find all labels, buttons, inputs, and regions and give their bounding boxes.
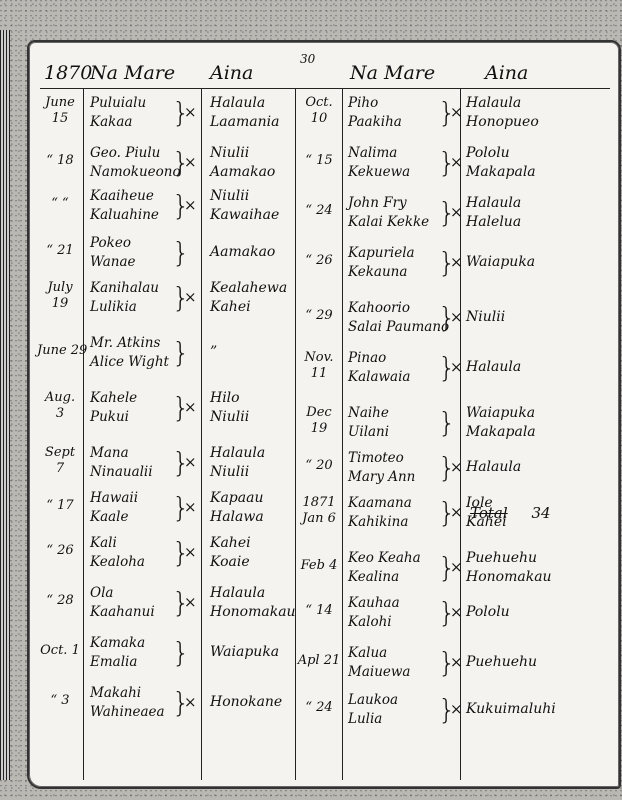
left-entry-place: Niulii (210, 188, 249, 204)
left-entry-mark: × (184, 498, 197, 516)
left-entry-date: “ 18 (37, 153, 83, 169)
header-left-place: Aina (210, 62, 253, 84)
left-entry-place: ” (210, 344, 217, 360)
right-entry-place: Halaula (466, 359, 521, 375)
left-entry-place: Koaie (210, 554, 250, 570)
left-entry-date: June (37, 95, 83, 111)
right-entry-place: Niulii (466, 309, 505, 325)
right-entry-date: Dec (296, 405, 342, 421)
right-entry-date: 10 (296, 111, 342, 127)
year-heading: 1870 (44, 62, 92, 84)
right-entry-name: Kekuewa (348, 164, 410, 180)
left-entry-date: Sept (37, 445, 83, 461)
left-entry-name: Kanihalau (90, 280, 159, 296)
left-entry-place: Kahei (210, 535, 251, 551)
left-entry-date: “ 28 (37, 593, 83, 609)
left-entry-name: Kealoha (90, 554, 145, 570)
right-entry-name: Pinao (348, 350, 386, 366)
left-entry-mark: × (184, 103, 197, 121)
left-entry-date: “ 21 (37, 243, 83, 259)
right-entry-name: John Fry (348, 195, 407, 211)
right-entry-date: 11 (296, 366, 342, 382)
right-entry-place: Honomakau (466, 569, 552, 585)
right-entry-name: Salai Paumano (348, 319, 449, 335)
left-entry-name: Pukui (90, 409, 129, 425)
right-entry-place: Honopueo (466, 114, 539, 130)
right-entry-mark: × (450, 603, 463, 621)
right-entry-place: Kukuimaluhi (466, 701, 556, 717)
left-entry-date: 15 (37, 111, 83, 127)
right-entry-name: Kealina (348, 569, 399, 585)
left-entry-date: “ 17 (37, 498, 83, 514)
right-entry-date: “ 26 (296, 253, 342, 269)
right-entry-mark: × (450, 253, 463, 271)
brace-icon: } (438, 409, 456, 437)
left-entry-date: Aug. (37, 390, 83, 406)
left-entry-name: Kali (90, 535, 117, 551)
right-entry-mark: × (450, 558, 463, 576)
right-entry-name: Kalua (348, 645, 387, 661)
header-right-names: Na Mare (350, 62, 435, 84)
right-entry-name: Kalawaia (348, 369, 410, 385)
left-entry-name: Pokeo (90, 235, 131, 251)
right-entry-name: Kekauna (348, 264, 407, 280)
left-entry-place: Kealahewa (210, 280, 287, 296)
right-entry-place: Halaula (466, 195, 521, 211)
right-entry-place: Pololu (466, 604, 510, 620)
right-entry-name: Paakiha (348, 114, 402, 130)
left-entry-name: Hawaii (90, 490, 138, 506)
left-entry-name: Kaluahine (90, 207, 159, 223)
right-entry-mark: × (450, 503, 463, 521)
right-entry-date: “ 14 (296, 603, 342, 619)
left-entry-name: Wanae (90, 254, 135, 270)
left-entry-name: Kaale (90, 509, 129, 525)
right-entry-date: 1871 (296, 495, 342, 511)
left-entry-place: Kahei (210, 299, 251, 315)
left-entry-name: Puluialu (90, 95, 146, 111)
right-entry-place: Makapala (466, 164, 536, 180)
right-entry-name: Timoteo (348, 450, 404, 466)
left-entry-mark: × (184, 693, 197, 711)
right-entry-place: Waiapuka (466, 405, 535, 421)
left-entry-mark: × (184, 288, 197, 306)
right-entry-date: “ 15 (296, 153, 342, 169)
left-entry-place: Niulii (210, 409, 249, 425)
right-entry-mark: × (450, 308, 463, 326)
left-entry-place: Halaula (210, 95, 265, 111)
left-entry-date: “ 26 (37, 543, 83, 559)
left-entry-place: Halawa (210, 509, 264, 525)
right-entry-name: Kahoorio (348, 300, 410, 316)
left-entry-place: Niulii (210, 464, 249, 480)
book-binding (0, 30, 10, 780)
right-entry-date: Oct. (296, 95, 342, 111)
left-entry-mark: × (184, 543, 197, 561)
left-entry-place: Halaula (210, 585, 265, 601)
left-entry-name: Kakaa (90, 114, 132, 130)
right-entry-date: “ 24 (296, 203, 342, 219)
left-entry-date: June 29 (37, 343, 83, 359)
right-entry-date: “ 29 (296, 308, 342, 324)
right-entry-mark: × (450, 458, 463, 476)
right-entry-name: Maiuewa (348, 664, 410, 680)
right-entry-name: Piho (348, 95, 378, 111)
right-entry-name: Kaamana (348, 495, 412, 511)
left-entry-mark: × (184, 153, 197, 171)
left-entry-place: Niulii (210, 145, 249, 161)
right-entry-name: Nalima (348, 145, 397, 161)
right-entry-mark: × (450, 103, 463, 121)
column-rule (201, 88, 202, 780)
left-entry-name: Makahi (90, 685, 141, 701)
right-entry-name: Mary Ann (348, 469, 415, 485)
header-rule (40, 88, 610, 89)
right-entry-place: Puehuehu (466, 550, 537, 566)
total-value: 34 (531, 504, 550, 522)
right-entry-date: Feb 4 (296, 558, 342, 574)
left-entry-name: Kaahanui (90, 604, 155, 620)
column-rule (342, 88, 343, 780)
left-entry-place: Kawaihae (210, 207, 279, 223)
right-entry-date: “ 20 (296, 458, 342, 474)
right-entry-name: Kalai Kekke (348, 214, 429, 230)
right-entry-name: Kapuriela (348, 245, 415, 261)
column-rule (460, 88, 461, 780)
left-entry-name: Lulikia (90, 299, 137, 315)
right-entry-name: Keo Keaha (348, 550, 421, 566)
total-count: Total 34 (470, 505, 551, 521)
right-entry-place: Halaula (466, 459, 521, 475)
right-entry-place: Halaula (466, 95, 521, 111)
left-entry-date: 7 (37, 461, 83, 477)
left-entry-place: Hilo (210, 390, 240, 406)
brace-icon: } (172, 339, 190, 367)
right-entry-date: Nov. (296, 350, 342, 366)
brace-icon: } (172, 639, 190, 667)
left-entry-date: “ “ (37, 196, 83, 212)
right-entry-name: Kahikina (348, 514, 408, 530)
right-entry-mark: × (450, 153, 463, 171)
right-entry-date: “ 24 (296, 700, 342, 716)
header-right-place: Aina (485, 62, 528, 84)
right-entry-mark: × (450, 203, 463, 221)
left-entry-place: Kapaau (210, 490, 263, 506)
page-number: 30 (300, 52, 315, 66)
right-entry-mark: × (450, 653, 463, 671)
left-entry-mark: × (184, 196, 197, 214)
left-entry-mark: × (184, 398, 197, 416)
right-entry-place: Makapala (466, 424, 536, 440)
right-entry-mark: × (450, 358, 463, 376)
left-entry-place: Honomakau (210, 604, 296, 620)
header-left-names: Na Mare (90, 62, 175, 84)
left-entry-name: Mana (90, 445, 129, 461)
right-entry-name: Uilani (348, 424, 389, 440)
right-entry-name: Laukoa (348, 692, 398, 708)
right-entry-name: Lulia (348, 711, 382, 727)
left-entry-name: Kamaka (90, 635, 145, 651)
brace-icon: } (172, 239, 190, 267)
left-entry-place: Waiapuka (210, 644, 279, 660)
column-rule (83, 88, 84, 780)
left-entry-place: Aamakao (210, 164, 275, 180)
right-entry-name: Kauhaa (348, 595, 400, 611)
left-entry-place: Aamakao (210, 244, 275, 260)
right-entry-date: Apl 21 (296, 653, 342, 669)
left-entry-name: Ola (90, 585, 113, 601)
left-entry-mark: × (184, 593, 197, 611)
left-entry-place: Halaula (210, 445, 265, 461)
left-entry-name: Wahineaea (90, 704, 165, 720)
right-entry-place: Waiapuka (466, 254, 535, 270)
left-entry-date: 3 (37, 406, 83, 422)
right-entry-date: Jan 6 (296, 511, 342, 527)
right-entry-place: Puehuehu (466, 654, 537, 670)
right-entry-mark: × (450, 700, 463, 718)
left-entry-name: Ninaualii (90, 464, 153, 480)
right-entry-date: 19 (296, 421, 342, 437)
right-entry-name: Kalohi (348, 614, 392, 630)
left-entry-place: Laamania (210, 114, 279, 130)
left-entry-name: Mr. Atkins (90, 335, 160, 351)
left-entry-date: “ 3 (37, 693, 83, 709)
left-entry-date: July (37, 280, 83, 296)
left-entry-mark: × (184, 453, 197, 471)
left-entry-date: Oct. 1 (37, 643, 83, 659)
left-entry-name: Kahele (90, 390, 137, 406)
left-entry-name: Geo. Piulu (90, 145, 160, 161)
right-entry-place: Halelua (466, 214, 521, 230)
total-label: Total (470, 504, 508, 522)
left-entry-name: Emalia (90, 654, 137, 670)
left-entry-place: Honokane (210, 694, 282, 710)
left-entry-name: Alice Wight (90, 354, 169, 370)
left-entry-date: 19 (37, 296, 83, 312)
left-entry-name: Namokueono (90, 164, 181, 180)
right-entry-name: Naihe (348, 405, 389, 421)
right-entry-place: Pololu (466, 145, 510, 161)
left-entry-name: Kaaiheue (90, 188, 154, 204)
